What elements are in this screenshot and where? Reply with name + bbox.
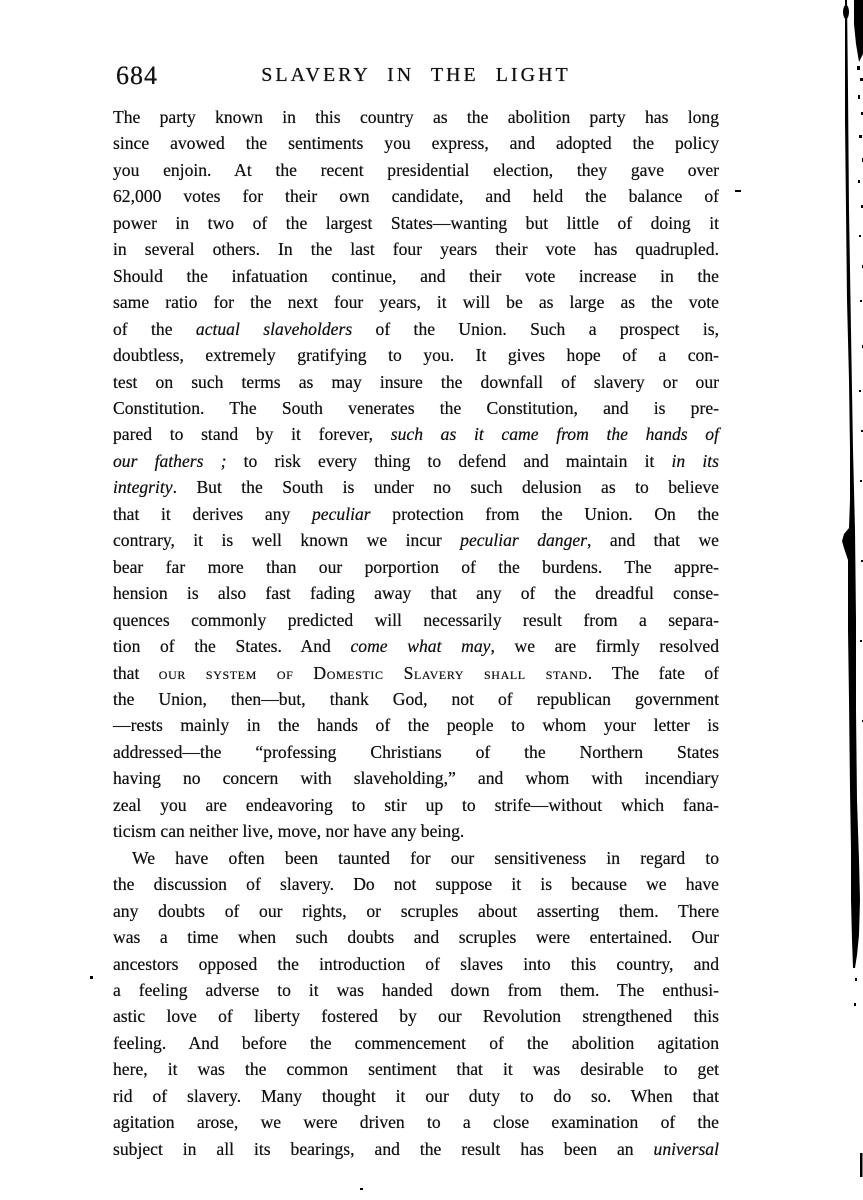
body-text: rid of slavery. Many thought it our duty… xyxy=(113,1086,719,1106)
text-line: the discussion of slavery. Do not suppos… xyxy=(113,871,719,897)
text-line: our fathers ; to risk every thing to def… xyxy=(113,448,719,474)
body-text: astic love of liberty fostered by our Re… xyxy=(113,1006,719,1026)
body-text: hension is also fast fading away that an… xyxy=(113,583,719,603)
text-line: that our system of Domestic Slavery shal… xyxy=(113,660,719,686)
body-text: . But the South is under no such delusio… xyxy=(173,477,719,497)
text-line: 62,000 votes for their own candidate, an… xyxy=(113,183,719,209)
body-text: to risk every thing to defend and mainta… xyxy=(226,451,671,471)
text-line: was a time when such doubts and scruples… xyxy=(113,924,719,950)
italic-text: peculiar xyxy=(312,504,371,524)
text-line: the Union, then—but, thank God, not of r… xyxy=(113,686,719,712)
italic-text: peculiar danger xyxy=(460,530,587,550)
text-line: same ratio for the next four years, it w… xyxy=(113,289,719,315)
italic-text: our fathers ; xyxy=(113,451,226,471)
body-text: since avowed the sentiments you express,… xyxy=(113,133,719,153)
binding-streak xyxy=(842,0,860,968)
italic-text: such as it came from the hands of xyxy=(391,424,719,444)
body-text: was a time when such doubts and scruples… xyxy=(113,927,719,947)
body-text: bear far more than our porportion of the… xyxy=(113,557,719,577)
body-text: that it derives any xyxy=(113,504,312,524)
text-line: contrary, it is well known we incur pecu… xyxy=(113,527,719,553)
body-text: Constitution. The South venerates the Co… xyxy=(113,398,719,418)
text-line: addressed—the “professing Christians of … xyxy=(113,739,719,765)
body-text: test on such terms as may insure the dow… xyxy=(113,372,719,392)
italic-text: integrity xyxy=(113,477,173,497)
body-text: We have often been taunted for our sensi… xyxy=(132,848,719,868)
text-line: of the actual slaveholders of the Union.… xyxy=(113,316,719,342)
text-line: any doubts of our rights, or scruples ab… xyxy=(113,898,719,924)
text-line: rid of slavery. Many thought it our duty… xyxy=(113,1083,719,1109)
text-line: pared to stand by it forever, such as it… xyxy=(113,421,719,447)
body-text: agitation arose, we were driven to a clo… xyxy=(113,1112,719,1132)
body-text: ticism can neither live, move, nor have … xyxy=(113,821,464,841)
text-line: agitation arose, we were driven to a clo… xyxy=(113,1109,719,1135)
corner-shadow xyxy=(854,0,863,62)
text-line: The party known in this country as the a… xyxy=(113,104,719,130)
body-text: contrary, it is well known we incur xyxy=(113,530,460,550)
text-line: integrity. But the South is under no suc… xyxy=(113,474,719,500)
italic-text: come what may xyxy=(351,636,491,656)
text-line: astic love of liberty fostered by our Re… xyxy=(113,1003,719,1029)
streak-tail-dots xyxy=(854,978,857,1006)
text-line: doubtless, extremely gratifying to you. … xyxy=(113,342,719,368)
body-text: subject in all its bearings, and the res… xyxy=(113,1139,654,1159)
body-text: a feeling adverse to it was handed down … xyxy=(113,980,719,1000)
text-line: in several others. In the last four year… xyxy=(113,236,719,262)
body-text: protection from the Union. On the xyxy=(371,504,719,524)
text-line: test on such terms as may insure the dow… xyxy=(113,369,719,395)
paragraph: The party known in this country as the a… xyxy=(113,104,719,845)
text-line: feeling. And before the commencement of … xyxy=(113,1030,719,1056)
text-line: —rests mainly in the hands of the people… xyxy=(113,712,719,738)
paragraph: We have often been taunted for our sensi… xyxy=(113,845,719,1162)
italic-text: actual slaveholders xyxy=(196,319,352,339)
bottom-tick xyxy=(860,1153,863,1177)
text-line: Should the infatuation continue, and the… xyxy=(113,263,719,289)
text-line: ticism can neither live, move, nor have … xyxy=(113,818,719,844)
body-text: of the xyxy=(113,319,196,339)
body-text: , and that we xyxy=(587,530,719,550)
text-line: ancestors opposed the introduction of sl… xyxy=(113,951,719,977)
body-text: feeling. And before the commencement of … xyxy=(113,1033,719,1053)
text-line: here, it was the common sentiment that i… xyxy=(113,1056,719,1082)
text-line: tion of the States. And come what may, w… xyxy=(113,633,719,659)
text-line: subject in all its bearings, and the res… xyxy=(113,1136,719,1162)
body-text: in several others. In the last four year… xyxy=(113,239,719,259)
edge-speckles xyxy=(857,66,863,722)
body-text: The party known in this country as the a… xyxy=(113,107,719,127)
text-line: having no concern with slaveholding,” an… xyxy=(113,765,719,791)
body-text: the discussion of slavery. Do not suppos… xyxy=(113,874,719,894)
text-line: zeal you are endeavoring to stir up to s… xyxy=(113,792,719,818)
body-text: addressed—the “professing Christians of … xyxy=(113,742,719,762)
text-line: quences commonly predicted will necessar… xyxy=(113,607,719,633)
text-line: power in two of the largest States—wanti… xyxy=(113,210,719,236)
small-caps-text: our system of Domestic Slavery shall sta… xyxy=(159,663,593,683)
text-line: since avowed the sentiments you express,… xyxy=(113,130,719,156)
body-text: 62,000 votes for their own candidate, an… xyxy=(113,186,719,206)
body-text: that xyxy=(113,663,159,683)
running-title: SLAVERY IN THE LIGHT xyxy=(113,64,719,87)
italic-text: universal xyxy=(654,1139,719,1159)
streak-knot xyxy=(843,5,849,19)
body-text: you enjoin. At the recent presidential e… xyxy=(113,160,719,180)
body-text: zeal you are endeavoring to stir up to s… xyxy=(113,795,719,815)
text-line: a feeling adverse to it was handed down … xyxy=(113,977,719,1003)
body-text: any doubts of our rights, or scruples ab… xyxy=(113,901,719,921)
text-line: Constitution. The South venerates the Co… xyxy=(113,395,719,421)
body-text: the Union, then—but, thank God, not of r… xyxy=(113,689,719,709)
text-line: that it derives any peculiar protection … xyxy=(113,501,719,527)
body-text: —rests mainly in the hands of the people… xyxy=(113,715,719,735)
italic-text: in its xyxy=(672,451,719,471)
body-text: having no concern with slaveholding,” an… xyxy=(113,768,719,788)
body-text: power in two of the largest States—wanti… xyxy=(113,213,719,233)
text-line: bear far more than our porportion of the… xyxy=(113,554,719,580)
body-text: The fate of xyxy=(593,663,719,683)
body-text: Should the infatuation continue, and the… xyxy=(113,266,719,286)
body-text: pared to stand by it forever, xyxy=(113,424,391,444)
body-text: of the Union. Such a prospect is, xyxy=(352,319,719,339)
body-text: tion of the States. And xyxy=(113,636,351,656)
text-line: We have often been taunted for our sensi… xyxy=(113,845,719,871)
text-line: hension is also fast fading away that an… xyxy=(113,580,719,606)
body-text: here, it was the common sentiment that i… xyxy=(113,1059,719,1079)
body-text: quences commonly predicted will necessar… xyxy=(113,610,719,630)
body-text: ancestors opposed the introduction of sl… xyxy=(113,954,719,974)
page-body: The party known in this country as the a… xyxy=(113,104,719,1162)
body-text: doubtless, extremely gratifying to you. … xyxy=(113,345,719,365)
text-line: you enjoin. At the recent presidential e… xyxy=(113,157,719,183)
body-text: same ratio for the next four years, it w… xyxy=(113,292,719,312)
body-text: , we are firmly resolved xyxy=(490,636,719,656)
